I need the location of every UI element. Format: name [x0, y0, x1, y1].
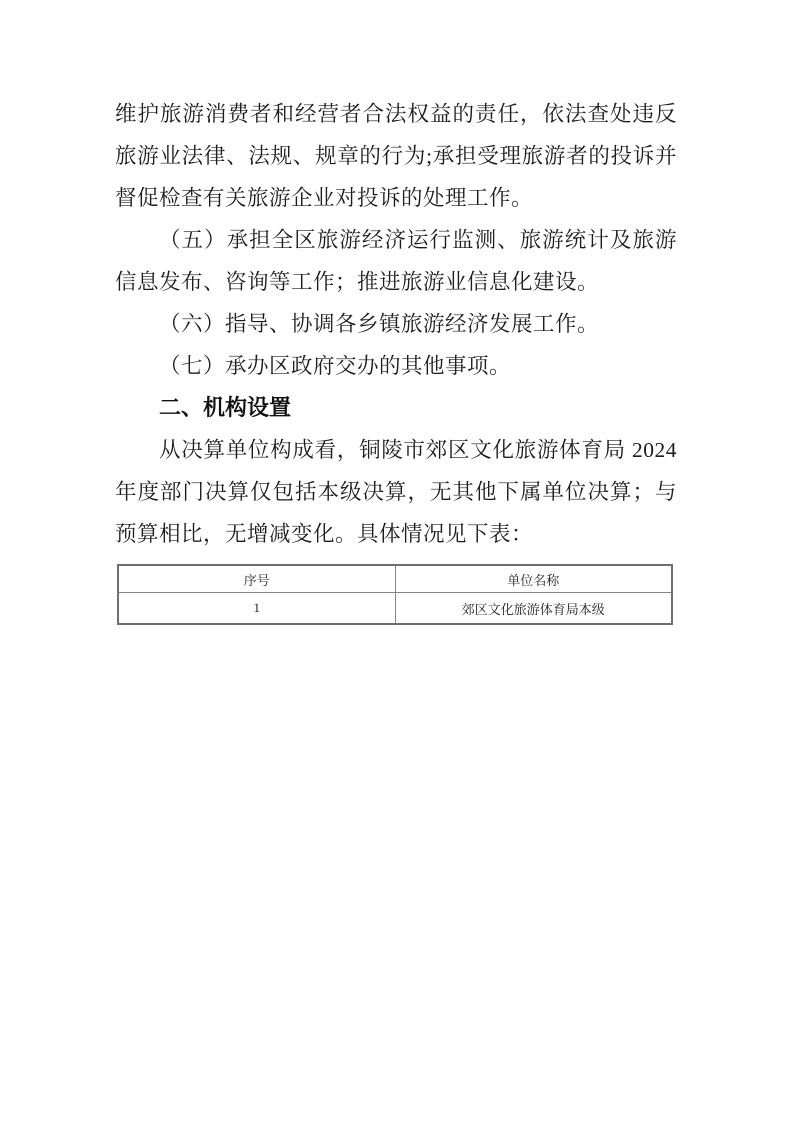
paragraph-duty-item-7: （七）承办区政府交办的其他事项。 [115, 345, 677, 387]
unit-table-row: 1 郊区文化旅游体育局本级 [118, 593, 672, 625]
document-content: 维护旅游消费者和经营者合法权益的责任，依法查处违反旅游业法律、法规、规章的行为;… [115, 93, 677, 625]
section-heading-organization-setup: 二、机构设置 [115, 387, 677, 429]
unit-table-cell-unit-name: 郊区文化旅游体育局本级 [395, 593, 672, 625]
paragraph-duty-item-6: （六）指导、协调各乡镇旅游经济发展工作。 [115, 303, 677, 345]
paragraph-duties-continuation: 维护旅游消费者和经营者合法权益的责任，依法查处违反旅游业法律、法规、规章的行为;… [115, 93, 677, 219]
unit-table-header-unit-name: 单位名称 [395, 565, 672, 593]
document-page: 维护旅游消费者和经营者合法权益的责任，依法查处违反旅游业法律、法规、规章的行为;… [0, 0, 793, 1122]
unit-table-header-index: 序号 [118, 565, 395, 593]
paragraph-organization-overview: 从决算单位构成看，铜陵市郊区文化旅游体育局 2024 年度部门决算仅包括本级决算… [115, 429, 677, 555]
paragraph-duty-item-5: （五）承担全区旅游经济运行监测、旅游统计及旅游信息发布、咨询等工作；推进旅游业信… [115, 219, 677, 303]
unit-list-table: 序号 单位名称 1 郊区文化旅游体育局本级 [117, 564, 673, 625]
unit-table-header-row: 序号 单位名称 [118, 565, 672, 593]
unit-table-cell-index: 1 [118, 593, 395, 625]
